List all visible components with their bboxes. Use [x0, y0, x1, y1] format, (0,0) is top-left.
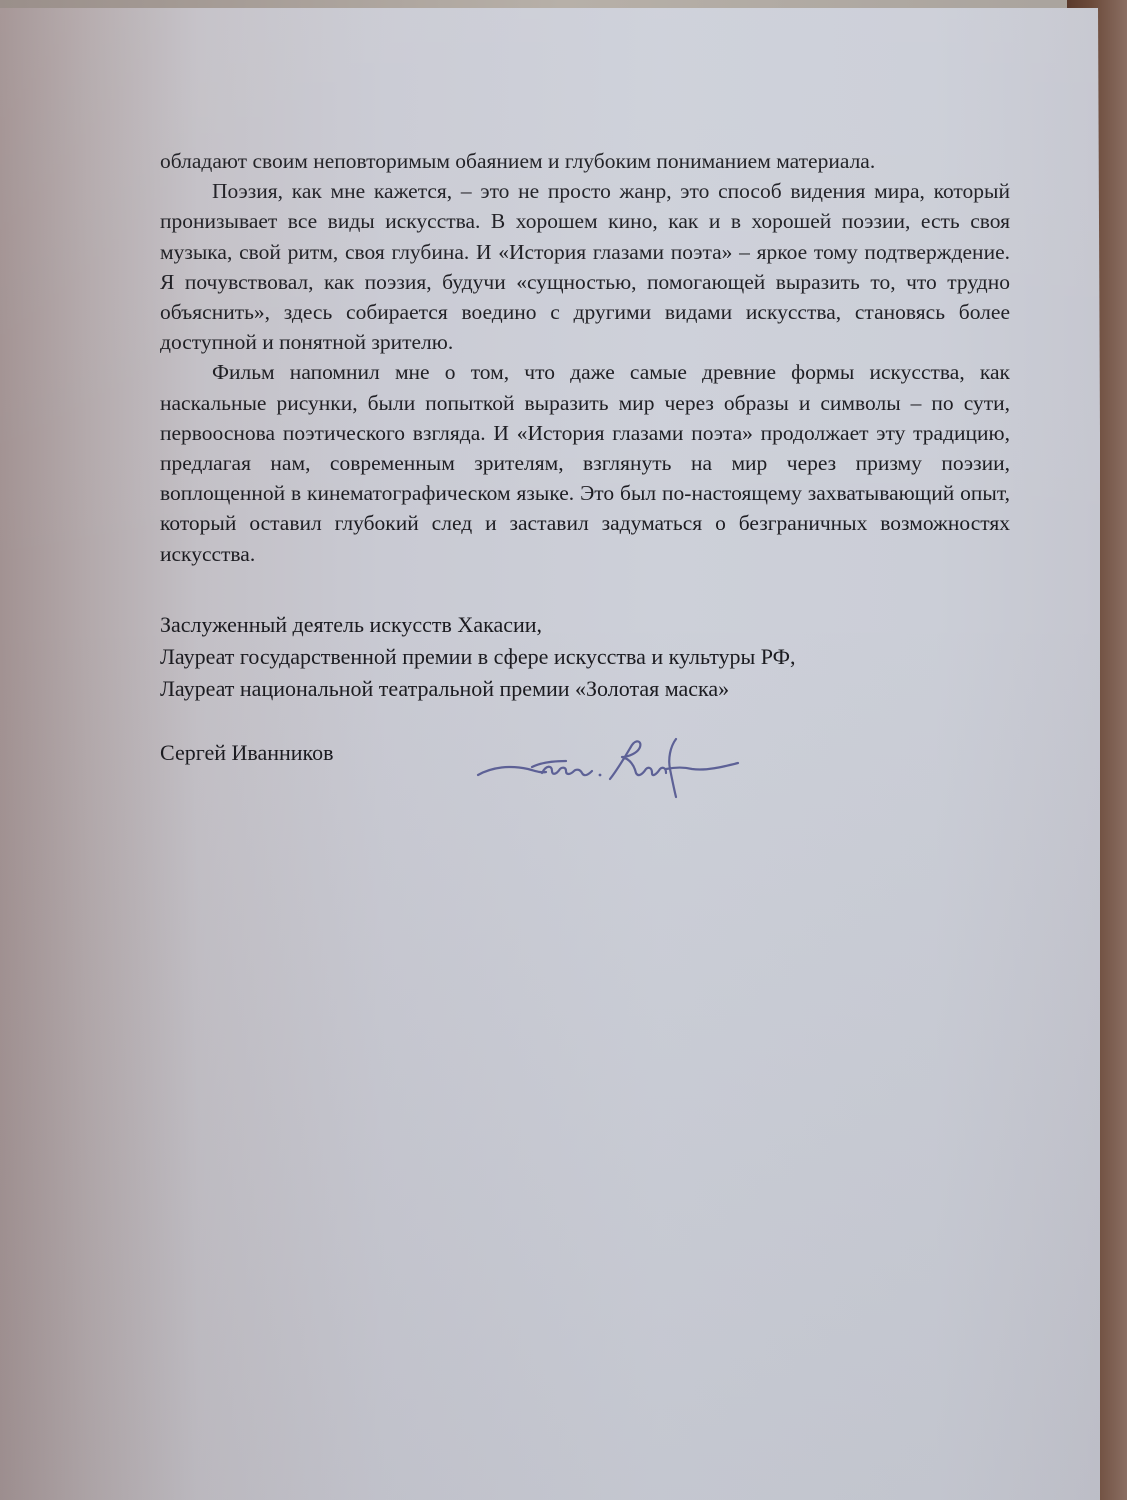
- letter-body: обладают своим неповторимым обаянием и г…: [160, 146, 1010, 787]
- signer-name: Сергей Иванников: [160, 737, 334, 769]
- background-top-edge: [0, 0, 1127, 8]
- paper-sheet: обладают своим неповторимым обаянием и г…: [0, 8, 1100, 1500]
- credential-golden-mask: Лауреат национальной театральной премии …: [160, 673, 1010, 705]
- signature-block: Сергей Иванников: [160, 737, 1010, 787]
- paragraph-continuation: обладают своим неповторимым обаянием и г…: [160, 146, 1010, 176]
- credential-state-prize: Лауреат государственной премии в сфере и…: [160, 641, 1010, 673]
- paragraph-poetry: Поэзия, как мне кажется, – это не просто…: [160, 176, 1010, 357]
- author-credentials: Заслуженный деятель искусств Хакасии, Ла…: [160, 609, 1010, 705]
- credential-honored-artist: Заслуженный деятель искусств Хакасии,: [160, 609, 1010, 641]
- paragraph-film: Фильм напомнил мне о том, что даже самые…: [160, 357, 1010, 568]
- handwritten-signature-icon: [470, 723, 760, 803]
